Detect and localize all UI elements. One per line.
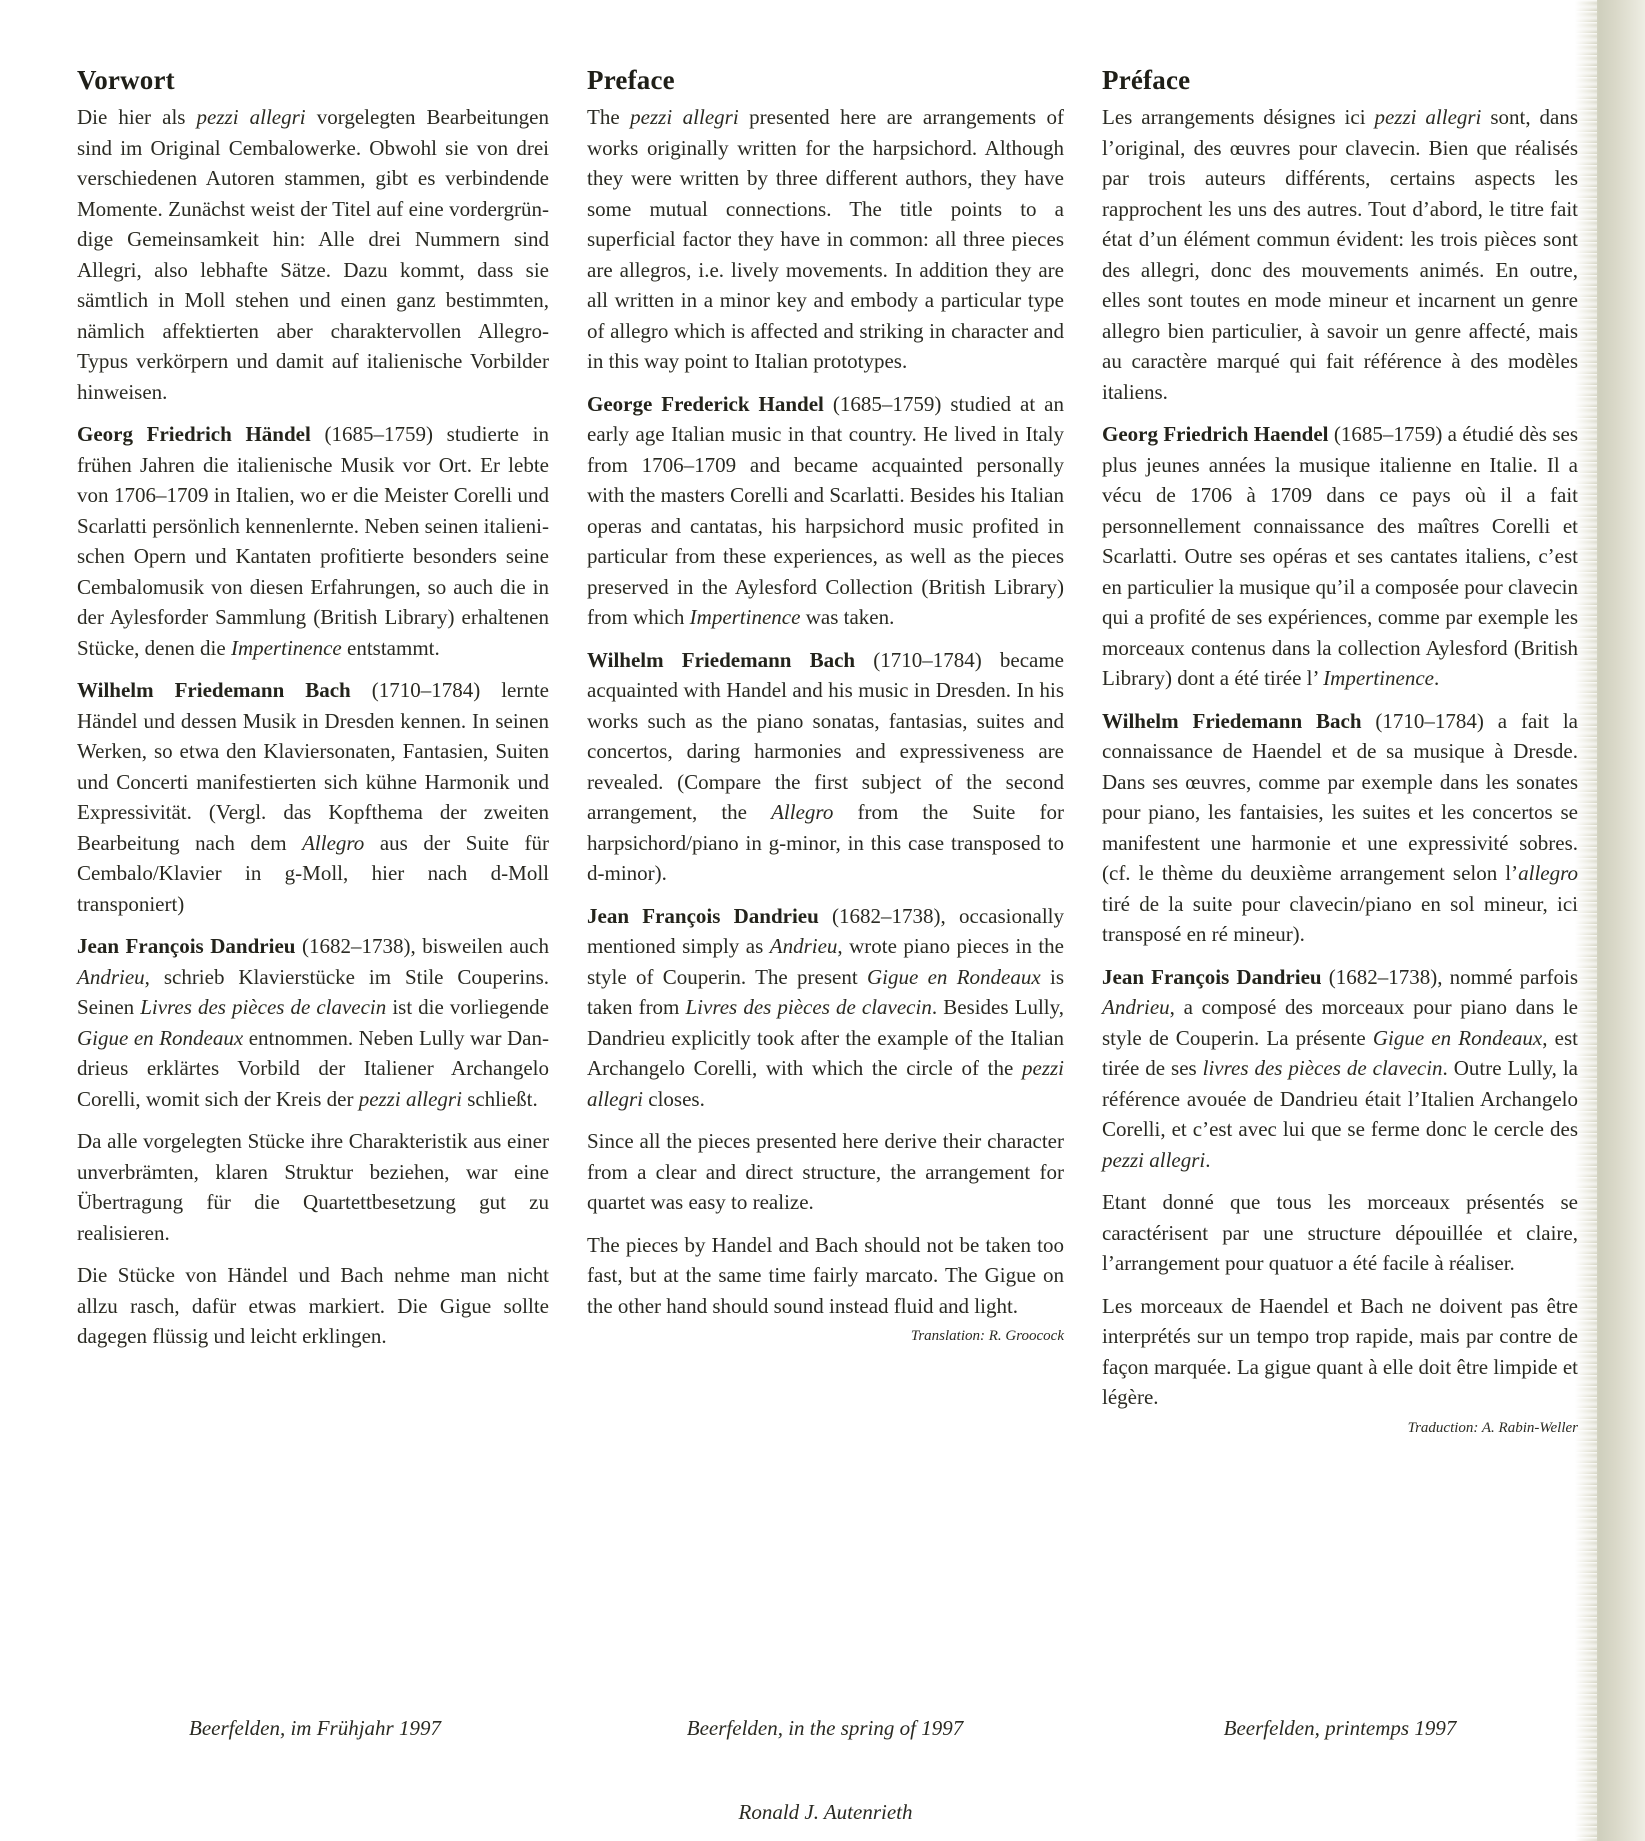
composer-name: Wilhelm Friedemann Bach — [587, 648, 855, 672]
page-edge-texture — [1575, 0, 1645, 1841]
italic-title: pezzi allegri — [359, 1087, 462, 1111]
text-run: . — [1205, 1148, 1210, 1172]
paragraphs: The pezzi allegri presented here are arr… — [587, 102, 1064, 1321]
composer-name: Georg Friedrich Haendel — [1102, 422, 1328, 446]
text-run: (1685–1759) stu­died at an early age Ita… — [587, 392, 1064, 630]
text-run: entstammt. — [342, 636, 440, 660]
text-run: was taken. — [800, 605, 894, 629]
composer-name: George Frederick Handel — [587, 392, 824, 416]
italic-title: pezzi allegri — [1374, 105, 1481, 129]
place-date-english: Beerfelden, in the spring of 1997 — [587, 1716, 1063, 1741]
paragraph: Wilhelm Friedemann Bach (1710–1784) a fa… — [1102, 706, 1578, 950]
author-signature: Ronald J. Autenrieth — [587, 1800, 1064, 1825]
italic-title: Impertinence — [690, 605, 801, 629]
paragraph: Georg Friedrich Händel (1685–1759) stu­d… — [77, 419, 549, 663]
paragraph: Jean François Dandrieu (1682–1738), nom­… — [1102, 962, 1578, 1176]
italic-title: Livres des pièces de clavecin — [686, 995, 932, 1019]
italic-title: Impertinence — [231, 636, 342, 660]
text-run: Etant donné que tous les morceaux présen… — [1102, 1190, 1578, 1275]
paragraph: Les morceaux de Haendel et Bach ne doive… — [1102, 1291, 1578, 1413]
text-run: closes. — [643, 1087, 705, 1111]
italic-title: pezzi allegri — [1102, 1148, 1205, 1172]
text-run: The pieces by Handel and Bach should not… — [587, 1233, 1064, 1318]
italic-title: Andrieu — [770, 934, 838, 958]
italic-title: allegro — [1518, 861, 1578, 885]
composer-name: Georg Friedrich Händel — [77, 422, 311, 446]
italic-title: Andrieu — [77, 965, 145, 989]
paragraph: The pezzi allegri presented here are arr… — [587, 102, 1064, 377]
heading-preface: Preface — [587, 62, 1064, 98]
text-run: Les arrangements désignes ici — [1102, 105, 1374, 129]
text-run: schließt. — [462, 1087, 538, 1111]
composer-name: Jean François Dandrieu — [587, 904, 819, 928]
column-french: Préface Les arrangements désignes ici pe… — [1102, 62, 1578, 1439]
paragraphs: Die hier als pezzi allegri vorgelegten B… — [77, 102, 549, 1352]
text-run: . — [1434, 666, 1439, 690]
paragraph: The pieces by Handel and Bach should not… — [587, 1230, 1064, 1322]
composer-name: Jean François Dandrieu — [1102, 965, 1322, 989]
place-date-german: Beerfelden, im Frühjahr 1997 — [77, 1716, 553, 1741]
italic-title: pezzi allegri — [197, 105, 306, 129]
italic-title: Gigue en Rondeaux — [1373, 1026, 1542, 1050]
text-run: Die Stücke von Händel und Bach nehme man… — [77, 1263, 549, 1348]
italic-title: Impertinence — [1323, 666, 1434, 690]
italic-title: Gigue en Rondeaux — [867, 965, 1041, 989]
paragraphs: Les arrangements désignes ici pezzi alle… — [1102, 102, 1578, 1413]
translation-credit: Traduction: A. Rabin-Weller — [1102, 1417, 1578, 1439]
composer-name: Wilhelm Friedemann Bach — [77, 678, 351, 702]
paragraph: Since all the pieces presented here deri… — [587, 1126, 1064, 1218]
italic-title: Livres des pièces de clavecin — [140, 995, 386, 1019]
place-date-french: Beerfelden, printemps 1997 — [1102, 1716, 1578, 1741]
column-english: Preface The pezzi allegri presented here… — [587, 62, 1064, 1347]
paragraph: Jean François Dandrieu (1682–1738), occa… — [587, 901, 1064, 1115]
text-run: (1682–1738), nom­mé parfois — [1322, 965, 1578, 989]
paragraph: Die Stücke von Händel und Bach nehme man… — [77, 1260, 549, 1352]
paragraph: Les arrangements désignes ici pezzi alle… — [1102, 102, 1578, 407]
text-run: vorgelegten Bear­beitungen sind im Origi… — [77, 105, 549, 404]
text-run: (1710–1784) lernte Händel und dessen Mus… — [77, 678, 549, 855]
paragraph: Jean François Dandrieu (1682–1738), bis­… — [77, 931, 549, 1114]
text-run: The — [587, 105, 630, 129]
text-run: Die hier als — [77, 105, 197, 129]
paragraph: Georg Friedrich Haendel (1685–1759) a ét… — [1102, 419, 1578, 694]
paragraph: Wilhelm Friedemann Bach (1710–1784) be­c… — [587, 645, 1064, 889]
italic-title: pezzi allegri — [630, 105, 739, 129]
text-run: ist die vorliegende — [386, 995, 549, 1019]
italic-title: Allegro — [771, 800, 833, 824]
paragraph: Wilhelm Friedemann Bach (1710–1784) lern… — [77, 675, 549, 919]
text-run: (1685–1759) a étudié dès ses plus jeunes… — [1102, 422, 1578, 690]
text-run: tiré de la suite pour clavecin/piano en … — [1102, 892, 1578, 947]
text-run: sont, dans l’original, des œuvres pour c… — [1102, 105, 1578, 404]
paragraph: Etant donné que tous les morceaux présen… — [1102, 1187, 1578, 1279]
text-run: (1682–1738), bis­weilen auch — [295, 934, 549, 958]
text-run: (1710–1784) a fait la connaissance de Ha… — [1102, 709, 1578, 886]
text-run: Da alle vorgelegten Stücke ihre Charakte… — [77, 1129, 549, 1245]
italic-title: Andrieu — [1102, 995, 1170, 1019]
translation-credit: Translation: R. Groocock — [587, 1325, 1064, 1347]
text-run: presented here are arrange­ments of work… — [587, 105, 1064, 373]
text-run: (1685–1759) stu­dierte in frühen Jahren … — [77, 422, 549, 660]
composer-name: Wilhelm Friedemann Bach — [1102, 709, 1362, 733]
italic-title: livres des pièces de clavecin — [1203, 1056, 1443, 1080]
paragraph: Die hier als pezzi allegri vorgelegten B… — [77, 102, 549, 407]
italic-title: Allegro — [302, 831, 364, 855]
column-german: Vorwort Die hier als pezzi allegri vorge… — [77, 62, 549, 1364]
heading-vorwort: Vorwort — [77, 62, 549, 98]
text-run: Since all the pieces presented here deri… — [587, 1129, 1064, 1214]
paragraph: Da alle vorgelegten Stücke ihre Charakte… — [77, 1126, 549, 1248]
text-run: (1710–1784) be­came acquainted with Hand… — [587, 648, 1064, 825]
text-run: Les morceaux de Haendel et Bach ne doive… — [1102, 1294, 1578, 1410]
paragraph: George Frederick Handel (1685–1759) stu­… — [587, 389, 1064, 633]
italic-title: Gigue en Ron­deaux — [77, 1026, 243, 1050]
composer-name: Jean François Dandrieu — [77, 934, 295, 958]
heading-preface-fr: Préface — [1102, 62, 1578, 98]
